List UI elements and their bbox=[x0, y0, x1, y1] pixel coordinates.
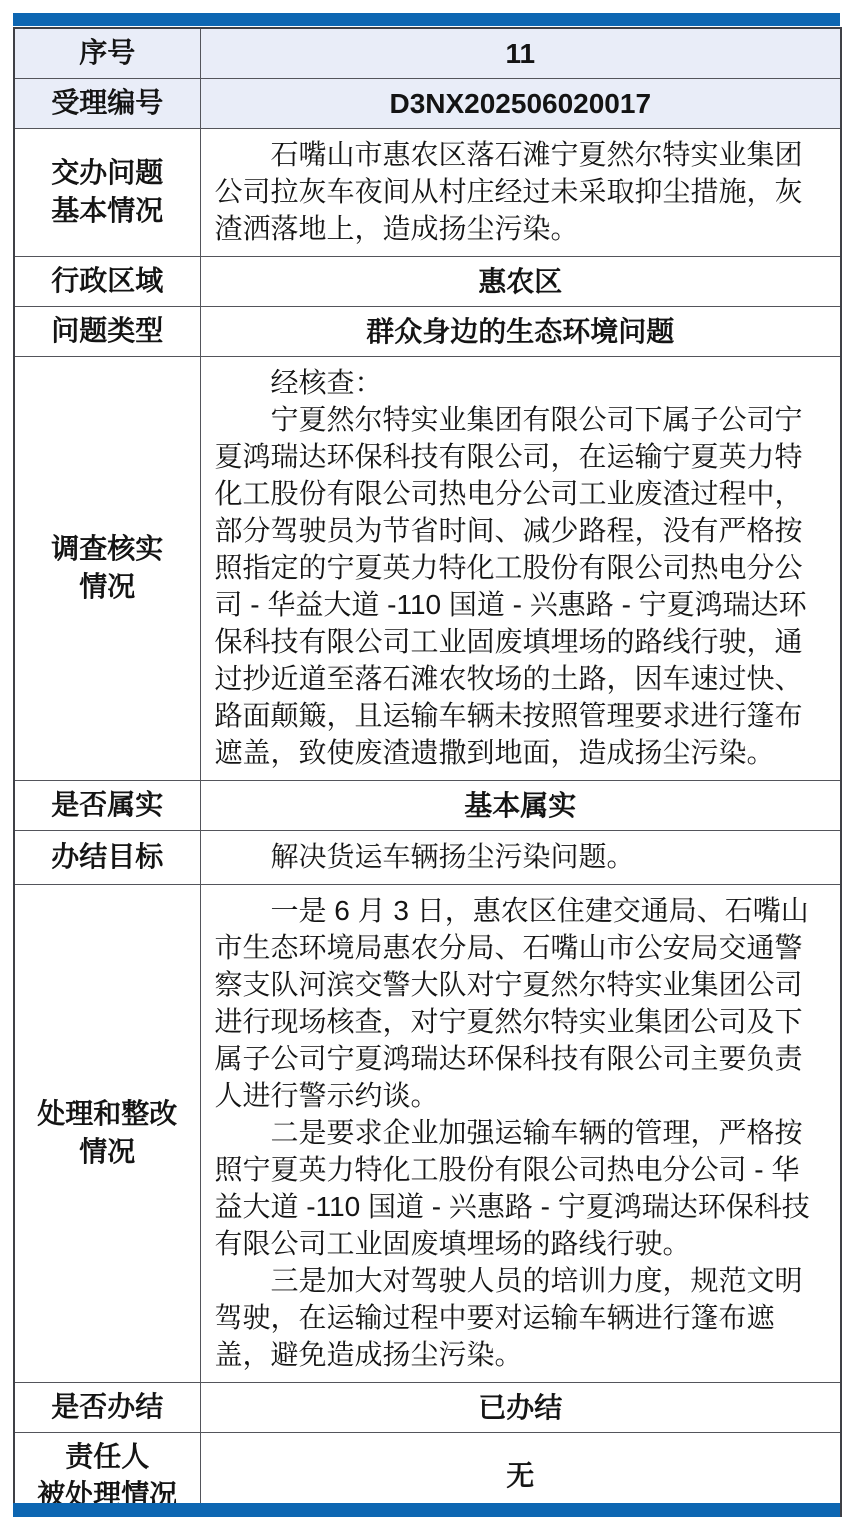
row-label: 序号 bbox=[14, 28, 200, 78]
table-row: 行政区域惠农区 bbox=[14, 256, 841, 306]
row-value: D3NX202506020017 bbox=[200, 78, 841, 128]
row-value: 惠农区 bbox=[200, 256, 841, 306]
paragraph: 石嘴山市惠农区落石滩宁夏然尔特实业集团公司拉灰车夜间从村庄经过未采取抑尘措施，灰… bbox=[215, 136, 827, 247]
row-value: 经核查：宁夏然尔特实业集团有限公司下属子公司宁夏鸿瑞达环保科技有限公司，在运输宁… bbox=[200, 356, 841, 780]
paragraph: 经核查： bbox=[215, 364, 827, 401]
row-value: 一是 6 月 3 日，惠农区住建交通局、石嘴山市生态环境局惠农分局、石嘴山市公安… bbox=[200, 884, 841, 1382]
table-row: 受理编号D3NX202506020017 bbox=[14, 78, 841, 128]
paragraph: 三是加大对驾驶人员的培训力度，规范文明驾驶，在运输过程中要对运输车辆进行篷布遮盖… bbox=[215, 1262, 827, 1373]
row-label: 是否属实 bbox=[14, 780, 200, 830]
row-label: 办结目标 bbox=[14, 830, 200, 884]
row-label: 受理编号 bbox=[14, 78, 200, 128]
row-label: 行政区域 bbox=[14, 256, 200, 306]
table-row: 处理和整改 情况一是 6 月 3 日，惠农区住建交通局、石嘴山市生态环境局惠农分… bbox=[14, 884, 841, 1382]
table-row: 办结目标解决货运车辆扬尘污染问题。 bbox=[14, 830, 841, 884]
row-value: 解决货运车辆扬尘污染问题。 bbox=[200, 830, 841, 884]
top-accent-bar bbox=[13, 13, 840, 26]
table-row: 是否属实基本属实 bbox=[14, 780, 841, 830]
row-value: 11 bbox=[200, 28, 841, 78]
table-row: 调查核实 情况经核查：宁夏然尔特实业集团有限公司下属子公司宁夏鸿瑞达环保科技有限… bbox=[14, 356, 841, 780]
paragraph: 解决货运车辆扬尘污染问题。 bbox=[215, 838, 827, 875]
table-row: 交办问题 基本情况石嘴山市惠农区落石滩宁夏然尔特实业集团公司拉灰车夜间从村庄经过… bbox=[14, 128, 841, 256]
row-label: 交办问题 基本情况 bbox=[14, 128, 200, 256]
table-row: 问题类型群众身边的生态环境问题 bbox=[14, 306, 841, 356]
row-label: 问题类型 bbox=[14, 306, 200, 356]
table-body: 序号11受理编号D3NX202506020017交办问题 基本情况石嘴山市惠农区… bbox=[14, 28, 841, 1517]
row-value: 基本属实 bbox=[200, 780, 841, 830]
row-value: 已办结 bbox=[200, 1382, 841, 1432]
row-label: 处理和整改 情况 bbox=[14, 884, 200, 1382]
row-label: 是否办结 bbox=[14, 1382, 200, 1432]
complaint-record-table: 序号11受理编号D3NX202506020017交办问题 基本情况石嘴山市惠农区… bbox=[13, 27, 842, 1517]
row-value: 群众身边的生态环境问题 bbox=[200, 306, 841, 356]
row-label: 调查核实 情况 bbox=[14, 356, 200, 780]
paragraph: 二是要求企业加强运输车辆的管理，严格按照宁夏英力特化工股份有限公司热电分公司 -… bbox=[215, 1114, 827, 1262]
table-row: 序号11 bbox=[14, 28, 841, 78]
paragraph: 宁夏然尔特实业集团有限公司下属子公司宁夏鸿瑞达环保科技有限公司，在运输宁夏英力特… bbox=[215, 401, 827, 771]
page: 序号11受理编号D3NX202506020017交办问题 基本情况石嘴山市惠农区… bbox=[0, 0, 856, 1517]
row-value: 石嘴山市惠农区落石滩宁夏然尔特实业集团公司拉灰车夜间从村庄经过未采取抑尘措施，灰… bbox=[200, 128, 841, 256]
bottom-accent-bar bbox=[13, 1503, 840, 1517]
table-row: 是否办结已办结 bbox=[14, 1382, 841, 1432]
paragraph: 一是 6 月 3 日，惠农区住建交通局、石嘴山市生态环境局惠农分局、石嘴山市公安… bbox=[215, 892, 827, 1114]
